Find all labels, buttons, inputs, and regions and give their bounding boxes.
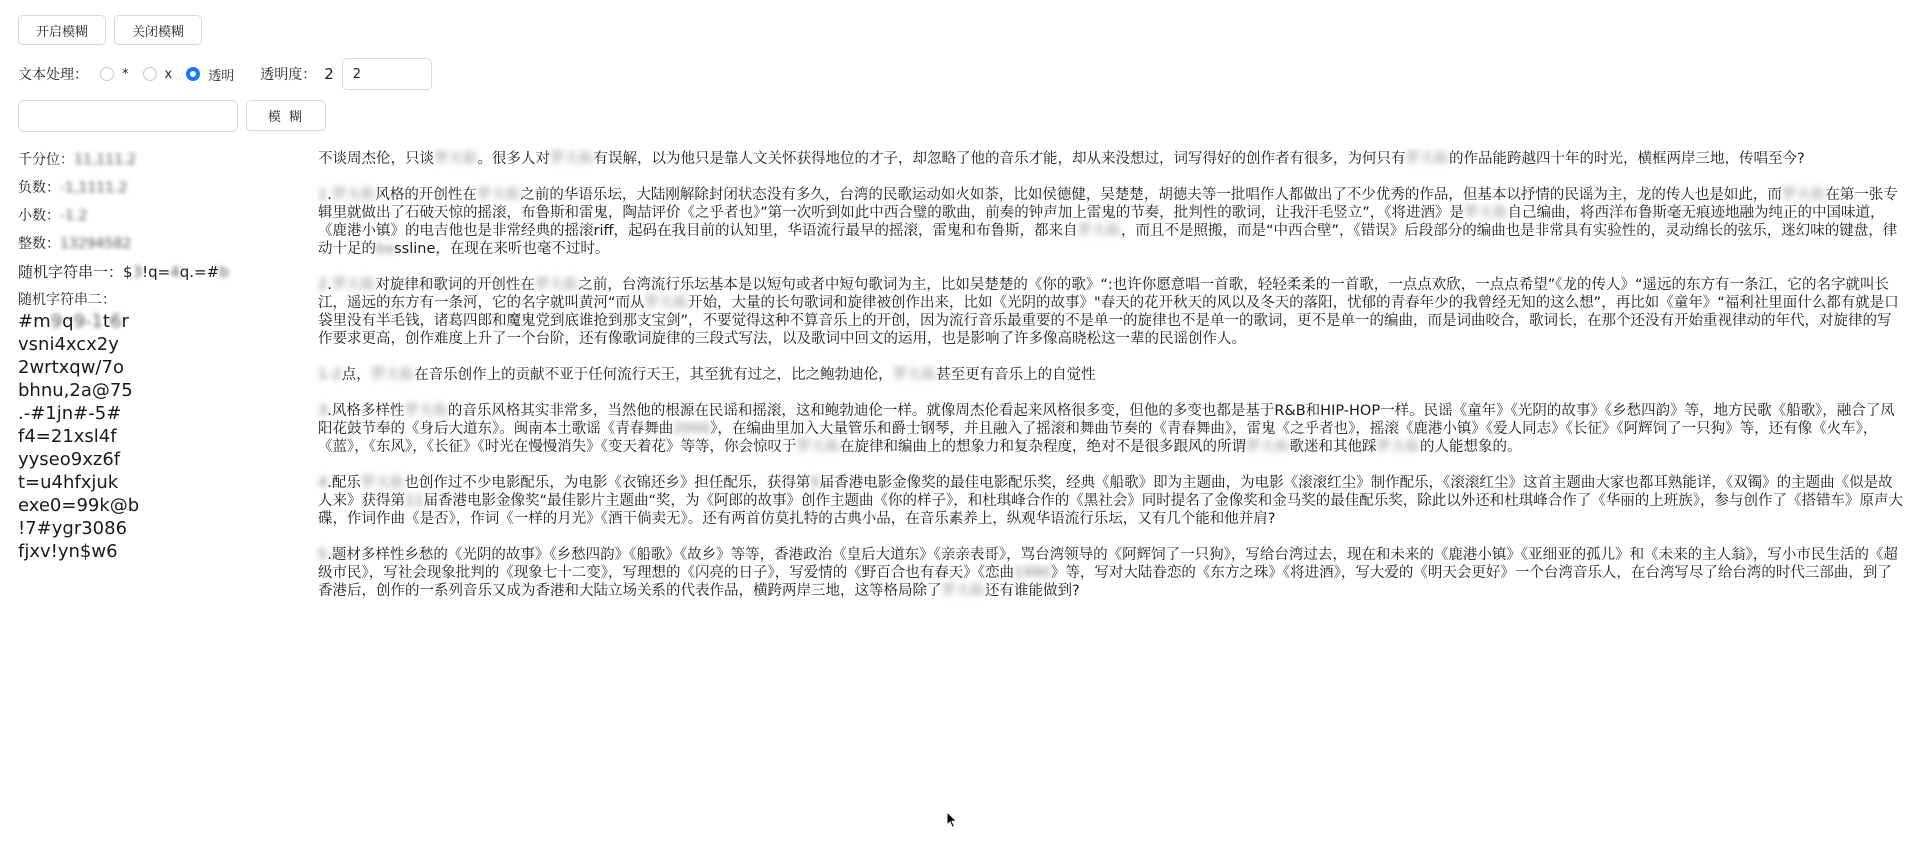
blurred-text: 5 xyxy=(810,475,819,491)
blurred-text: 罗大佑 xyxy=(1782,187,1826,203)
blurred-text: 罗大佑 xyxy=(1077,223,1121,239)
blurred-text: 1-2 xyxy=(318,367,342,383)
blurred-text: 2000 xyxy=(673,421,710,437)
text-segment: 歌迷和其他踩 xyxy=(1290,439,1377,455)
radio-x[interactable]: x xyxy=(143,67,173,82)
text-processing-row: 文本处理： * x 透明 透明度： 2 xyxy=(18,58,432,90)
random-string-line: #m9q9-1t6r xyxy=(18,310,298,333)
integer-value: 13294582 xyxy=(60,236,131,252)
text-segment: 的人能想象的。 xyxy=(1420,439,1522,455)
blurred-text: 罗大佑 xyxy=(893,367,937,383)
text-segment: t xyxy=(103,311,110,332)
blurred-text: b xyxy=(219,263,229,281)
blurred-text: 2 xyxy=(318,277,327,293)
radio-label: * xyxy=(122,67,129,82)
text-segment: 甚至更有音乐上的自觉性 xyxy=(936,367,1096,383)
integer-label: 整数： xyxy=(18,236,60,252)
article-paragraph: 1.罗大佑风格的开创性在罗大佑之前的华语乐坛，大陆刚解除封闭状态没有多久，台湾的… xyxy=(318,186,1904,258)
article-paragraph: 不谈周杰伦，只谈罗大佑。很多人对罗大佑有误解，以为他只是靠人文关怀获得地位的才子… xyxy=(318,150,1904,168)
number-samples: 千分位：11,111.2 负数：-1,1111.2 小数：-1.2 整数：132… xyxy=(18,150,298,563)
random-string-one-label: 随机字符串一： xyxy=(18,263,123,281)
text-segment: q.=# xyxy=(180,263,219,281)
blurred-text: 4 xyxy=(318,475,327,491)
text-segment: 风格的开创性在 xyxy=(375,187,477,203)
negative-label: 负数： xyxy=(18,180,60,196)
text-segment: 点， xyxy=(342,367,371,383)
blurred-text: 1 xyxy=(318,187,327,203)
blurred-text: ba xyxy=(376,241,394,257)
random-string-line: t=u4hfxjuk xyxy=(18,471,298,494)
blurred-text: 罗大佑 xyxy=(535,277,579,293)
random-string-line: yyseo9xz6f xyxy=(18,448,298,471)
opacity-input[interactable] xyxy=(342,58,432,90)
negative-value: -1,1111.2 xyxy=(60,180,127,196)
blurred-text: 罗大佑 xyxy=(645,295,689,311)
decimal-value: -1.2 xyxy=(60,208,87,224)
text-segment: 届香港电影金像奖“最佳影片主题曲“奖，为《阿郎的故事》创作主题曲《你的样子》，和… xyxy=(318,493,1903,527)
random-string-line: fjxv!yn$w6 xyxy=(18,540,298,563)
text-segment: ssline，在现在来听也毫不过时。 xyxy=(394,241,609,257)
article-paragraph: 2.罗大佑对旋律和歌词的开创性在罗大佑之前，台湾流行乐坛基本是以短句或者中短句歌… xyxy=(318,276,1904,348)
text-segment: .风格多样性 xyxy=(327,403,404,419)
radio-circle-icon[interactable] xyxy=(143,67,157,81)
random-string-two-label: 随机字符串二： xyxy=(18,290,298,310)
blurred-text: 罗大佑 xyxy=(404,403,448,419)
text-segment: q xyxy=(62,311,73,332)
blurred-text: 罗大佑 xyxy=(371,367,415,383)
blurred-text: 1990 xyxy=(1014,565,1051,581)
text-segment: $ xyxy=(123,263,133,281)
blurred-text: 6 xyxy=(110,311,121,332)
text-segment: #m xyxy=(18,311,51,332)
decimal-row: 小数：-1.2 xyxy=(18,206,298,234)
blurred-text: 9-1 xyxy=(74,311,103,332)
radio-asterisk[interactable]: * xyxy=(100,67,129,82)
open-blur-button[interactable]: 开启模糊 xyxy=(18,15,106,45)
random-string-one-row: 随机字符串一：$3!q=4q.=#b xyxy=(18,262,298,290)
blurred-text: 3 xyxy=(133,263,143,281)
radio-transparent[interactable]: 透明 xyxy=(186,65,234,84)
random-string-one-value: $3!q=4q.=#b xyxy=(123,263,229,281)
blurred-text: 罗大佑 xyxy=(1246,439,1290,455)
opacity-label: 透明度： xyxy=(260,64,316,84)
thousands-row: 千分位：11,111.2 xyxy=(18,150,298,178)
text-segment: !q= xyxy=(142,263,170,281)
text-segment: 。很多人对 xyxy=(478,151,551,167)
random-string-two: 随机字符串二： #m9q9-1t6r vsni4xcx2y 2wrtxqw/7o… xyxy=(18,290,298,563)
random-string-line: vsni4xcx2y xyxy=(18,333,298,356)
mouse-cursor-icon xyxy=(946,811,958,829)
random-string-line: .-#1jn#-5# xyxy=(18,402,298,425)
radio-checked-icon[interactable] xyxy=(186,67,200,81)
article-paragraph: 4.配乐罗大佑也创作过不少电影配乐，为电影《衣锦还乡》担任配乐，获得第5届香港电… xyxy=(318,474,1904,528)
text-segment: 不谈周杰伦，只谈 xyxy=(318,151,434,167)
blurred-text: 罗大佑 xyxy=(332,277,376,293)
random-string-line: !7#ygr3086 xyxy=(18,517,298,540)
blurred-text: 罗大佑 xyxy=(1377,439,1421,455)
text-processing-label: 文本处理： xyxy=(18,64,88,84)
text-segment: 在旋律和编曲上的想象力和复杂程度，绝对不是很多跟风的所谓 xyxy=(840,439,1246,455)
radio-circle-icon[interactable] xyxy=(100,67,114,81)
thousands-label: 千分位： xyxy=(18,152,74,168)
blur-text-input[interactable] xyxy=(18,100,238,132)
random-string-line: bhnu,2a@75 xyxy=(18,379,298,402)
article-paragraph: 1-2点，罗大佑在音乐创作上的贡献不亚于任何流行天王，其至犹有过之，比之鲍勃迪伦… xyxy=(318,366,1904,384)
radio-label: 透明 xyxy=(208,65,234,84)
text-segment: 也创作过不少电影配乐，为电影《衣锦还乡》担任配乐，获得第 xyxy=(404,475,810,491)
article-paragraph: 3.风格多样性罗大佑的音乐风格其实非常多，当然他的根源在民谣和摇滚，这和鲍勃迪伦… xyxy=(318,402,1904,456)
blurred-text: 罗大佑 xyxy=(797,439,841,455)
close-blur-button[interactable]: 关闭模糊 xyxy=(114,15,202,45)
text-segment: 的作品能跨越四十年的时光，横框两岸三地，传唱至今? xyxy=(1449,151,1805,167)
blurred-text: 罗大佑 xyxy=(1464,205,1508,221)
blurred-text: 3 xyxy=(318,403,327,419)
blurred-text: 5 xyxy=(318,547,327,563)
article-body: 不谈周杰伦，只谈罗大佑。很多人对罗大佑有误解，以为他只是靠人文关怀获得地位的才子… xyxy=(318,150,1904,618)
random-string-line: f4=21xsl4f xyxy=(18,425,298,448)
text-segment: 还有谁能做到? xyxy=(985,583,1080,599)
text-segment: 有误解，以为他只是靠人文关怀获得地位的才子，却忽略了他的音乐才能，却从来没想过，… xyxy=(594,151,1406,167)
article-paragraph: 5.题材多样性乡愁的《光阴的故事》《乡愁四韵》《船歌》《故乡》等等，香港政治《皇… xyxy=(318,546,1904,600)
radio-label: x xyxy=(165,67,173,82)
blurred-text: 罗大佑 xyxy=(550,151,594,167)
negative-row: 负数：-1,1111.2 xyxy=(18,178,298,206)
blur-button[interactable]: 模 糊 xyxy=(246,100,326,131)
text-segment: 在音乐创作上的贡献不亚于任何流行天王，其至犹有过之，比之鲍勃迪伦， xyxy=(414,367,893,383)
text-segment: .配乐 xyxy=(327,475,361,491)
blurred-text: 罗大佑 xyxy=(332,187,376,203)
text-segment: r xyxy=(121,311,128,332)
blurred-text: 罗大佑 xyxy=(434,151,478,167)
random-string-line: exe0=99k@b xyxy=(18,494,298,517)
random-string-line: 2wrtxqw/7o xyxy=(18,356,298,379)
thousands-value: 11,111.2 xyxy=(74,152,136,168)
opacity-value: 2 xyxy=(324,65,334,83)
blurred-text: 9 xyxy=(51,311,62,332)
text-segment: 之前的华语乐坛，大陆刚解除封闭状态没有多久，台湾的民歌运动如火如荼，比如侯德健，… xyxy=(520,187,1782,203)
blurred-text: 罗大佑 xyxy=(361,475,405,491)
blurred-text: 罗大佑 xyxy=(477,187,521,203)
decimal-label: 小数： xyxy=(18,208,60,224)
text-segment: 对旋律和歌词的开创性在 xyxy=(375,277,535,293)
blurred-text: 罗大佑 xyxy=(942,583,986,599)
blurred-text: 罗大佑 xyxy=(1406,151,1450,167)
integer-row: 整数：13294582 xyxy=(18,234,298,262)
blurred-text: 11 xyxy=(405,493,423,509)
blurred-text: 4 xyxy=(170,263,180,281)
